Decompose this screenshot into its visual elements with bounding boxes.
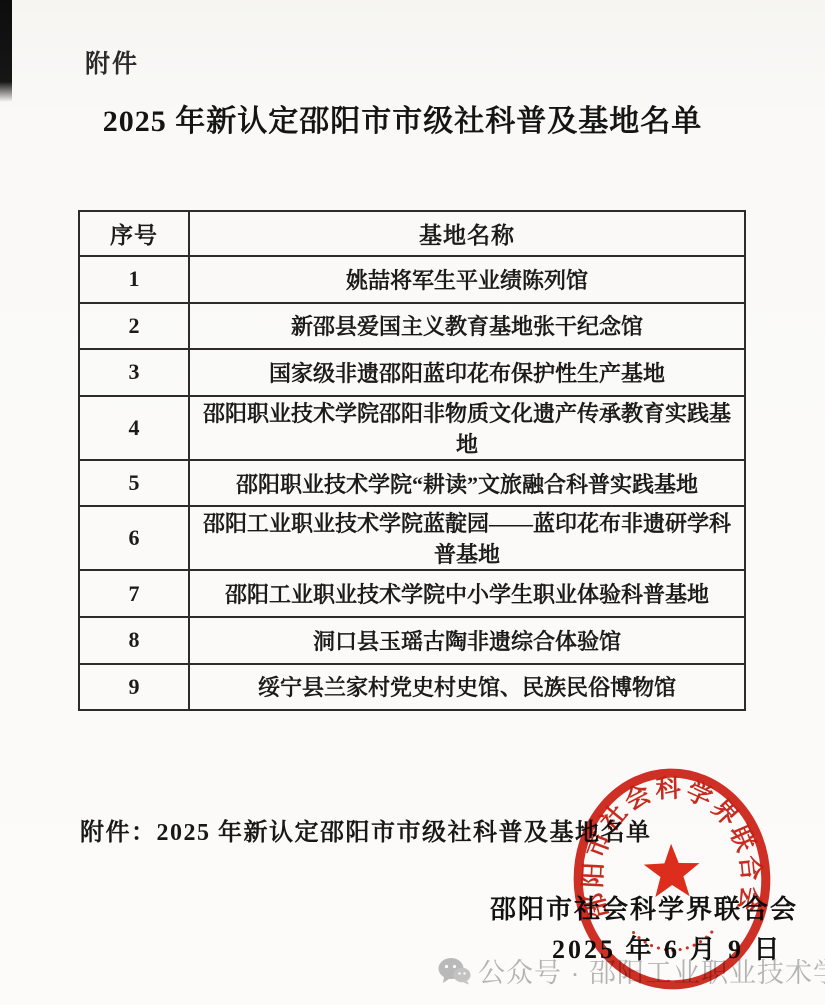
table-row: 7 邵阳工业职业技术学院中小学生职业体验科普基地 — [79, 570, 745, 617]
table-row: 5 邵阳职业技术学院“耕读”文旅融合科普实践基地 — [79, 460, 745, 507]
official-red-seal: 邵阳市社会科学界联合会 ••••••••••••• — [560, 755, 784, 1003]
row-name: 姚喆将军生平业绩陈列馆 — [189, 256, 745, 303]
row-no: 6 — [79, 506, 189, 570]
row-no: 1 — [79, 256, 189, 303]
column-header-no: 序号 — [79, 211, 189, 256]
star-icon — [643, 843, 700, 897]
row-name: 邵阳工业职业技术学院蓝靛园——蓝印花布非遗研学科普基地 — [189, 506, 745, 570]
attachment-label: 附件 — [85, 44, 139, 80]
row-name: 邵阳职业技术学院邵阳非物质文化遗产传承教育实践基地 — [189, 396, 745, 460]
table-header-row: 序号 基地名称 — [79, 211, 745, 256]
row-name: 邵阳工业职业技术学院中小学生职业体验科普基地 — [189, 570, 745, 617]
row-no: 3 — [79, 349, 189, 396]
row-no: 2 — [79, 303, 189, 350]
table-row: 3 国家级非遗邵阳蓝印花布保护性生产基地 — [79, 349, 745, 396]
row-name: 绥宁县兰家村党史村史馆、民族民俗博物馆 — [189, 664, 745, 711]
row-name: 邵阳职业技术学院“耕读”文旅融合科普实践基地 — [189, 460, 745, 507]
row-no: 7 — [79, 570, 189, 617]
row-no: 4 — [79, 396, 189, 460]
seal-serial-marks: ••••••••••••• — [627, 926, 721, 958]
row-no: 8 — [79, 617, 189, 664]
table-row: 8 洞口县玉瑶古陶非遗综合体验馆 — [79, 617, 745, 664]
wechat-icon — [438, 957, 471, 985]
document-title: 2025 年新认定邵阳市市级社科普及基地名单 — [40, 96, 765, 140]
table-row: 4 邵阳职业技术学院邵阳非物质文化遗产传承教育实践基地 — [79, 396, 745, 460]
column-header-name: 基地名称 — [189, 211, 745, 256]
row-no: 5 — [79, 460, 189, 507]
table-row: 6 邵阳工业职业技术学院蓝靛园——蓝印花布非遗研学科普基地 — [79, 506, 745, 570]
row-name: 新邵县爱国主义教育基地张干纪念馆 — [189, 303, 745, 350]
base-list-table: 序号 基地名称 1 姚喆将军生平业绩陈列馆 2 新邵县爱国主义教育基地张干纪念馆… — [78, 210, 746, 711]
scanned-document-page: 附件 2025 年新认定邵阳市市级社科普及基地名单 序号 基地名称 1 姚喆将军… — [0, 0, 825, 1005]
row-name: 洞口县玉瑶古陶非遗综合体验馆 — [189, 617, 745, 664]
table-row: 9 绥宁县兰家村党史村史馆、民族民俗博物馆 — [79, 664, 745, 711]
table-row: 2 新邵县爱国主义教育基地张干纪念馆 — [79, 303, 745, 350]
row-no: 9 — [79, 664, 189, 711]
scan-edge-artifact — [0, 0, 12, 102]
row-name: 国家级非遗邵阳蓝印花布保护性生产基地 — [189, 349, 745, 396]
table-row: 1 姚喆将军生平业绩陈列馆 — [79, 256, 745, 303]
